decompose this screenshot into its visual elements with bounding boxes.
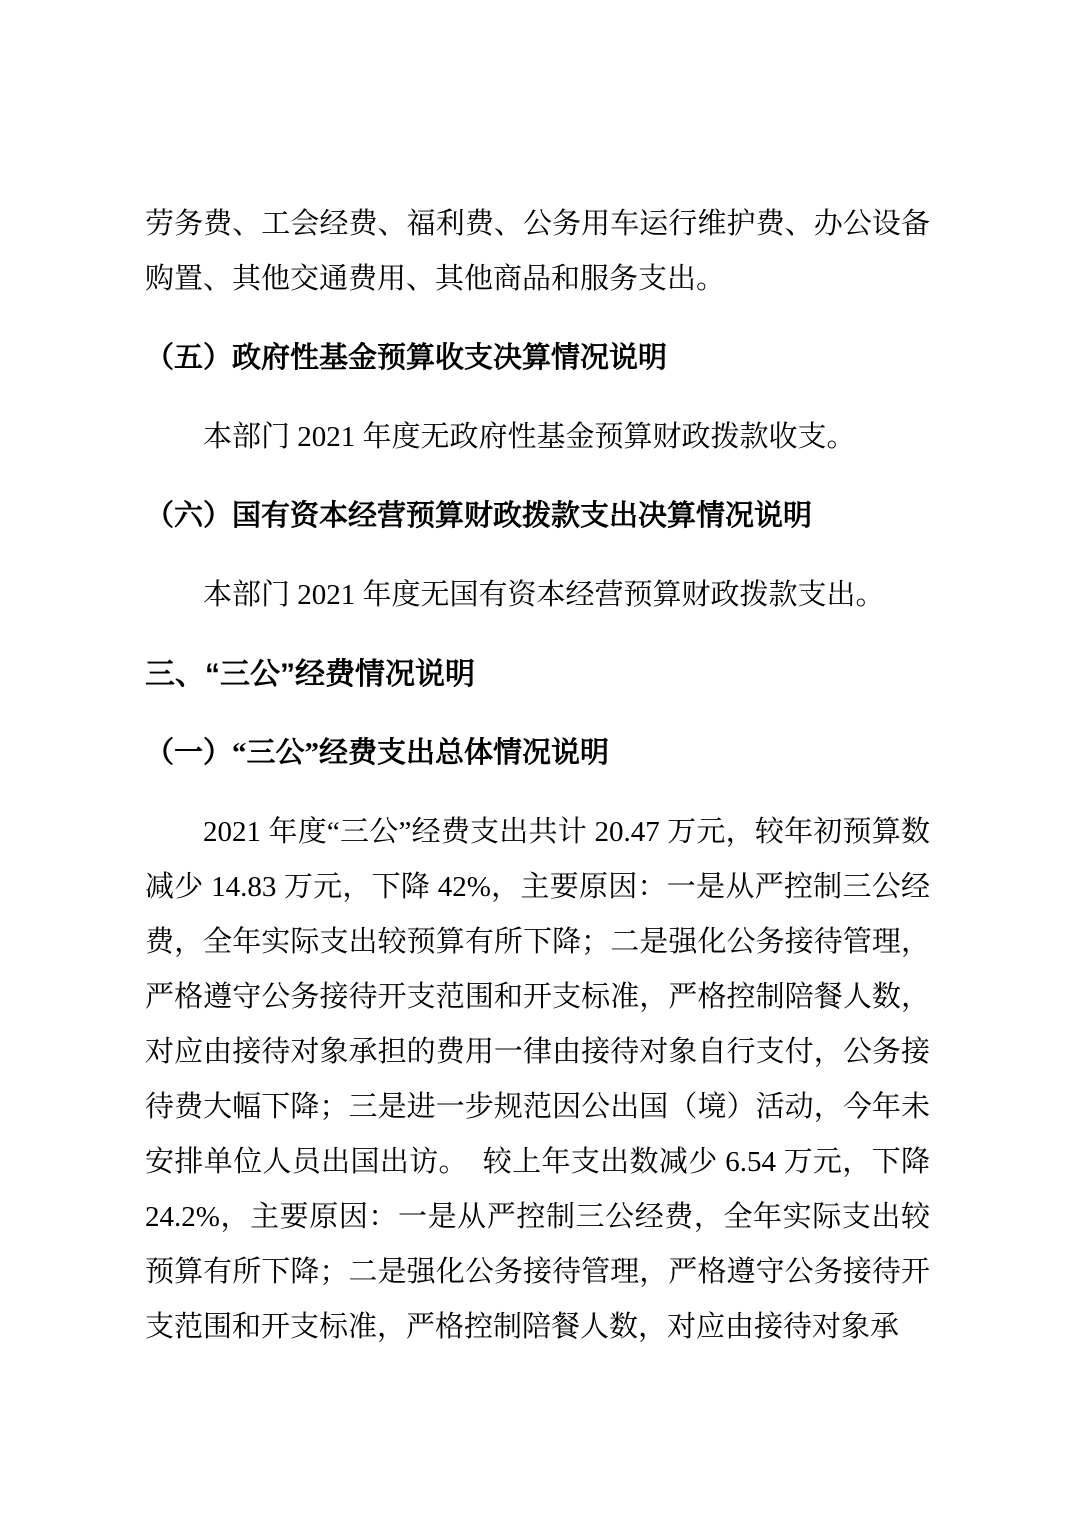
heading-part-three-public-funds: 三、“三公”经费情况说明: [145, 647, 930, 702]
paragraph-three-public-funds-details: 2021 年度“三公”经费支出共计 20.47 万元，较年初预算数减少 14.8…: [145, 805, 930, 1355]
paragraph-expense-items-continuation: 劳务费、工会经费、福利费、公务用车运行维护费、办公设备购置、其他交通费用、其他商…: [145, 197, 930, 307]
heading-section-five-govt-fund-budget: （五）政府性基金预算收支决算情况说明: [145, 331, 930, 386]
heading-section-six-state-capital-budget: （六）国有资本经营预算财政拨款支出决算情况说明: [145, 489, 930, 544]
heading-subsection-one-overall-spending: （一）“三公”经费支出总体情况说明: [145, 726, 930, 781]
paragraph-no-state-capital-budget: 本部门 2021 年度无国有资本经营预算财政拨款支出。: [145, 568, 930, 623]
document-page: 劳务费、工会经费、福利费、公务用车运行维护费、办公设备购置、其他交通费用、其他商…: [0, 0, 1075, 1521]
paragraph-no-govt-fund-budget: 本部门 2021 年度无政府性基金预算财政拨款收支。: [145, 410, 930, 465]
